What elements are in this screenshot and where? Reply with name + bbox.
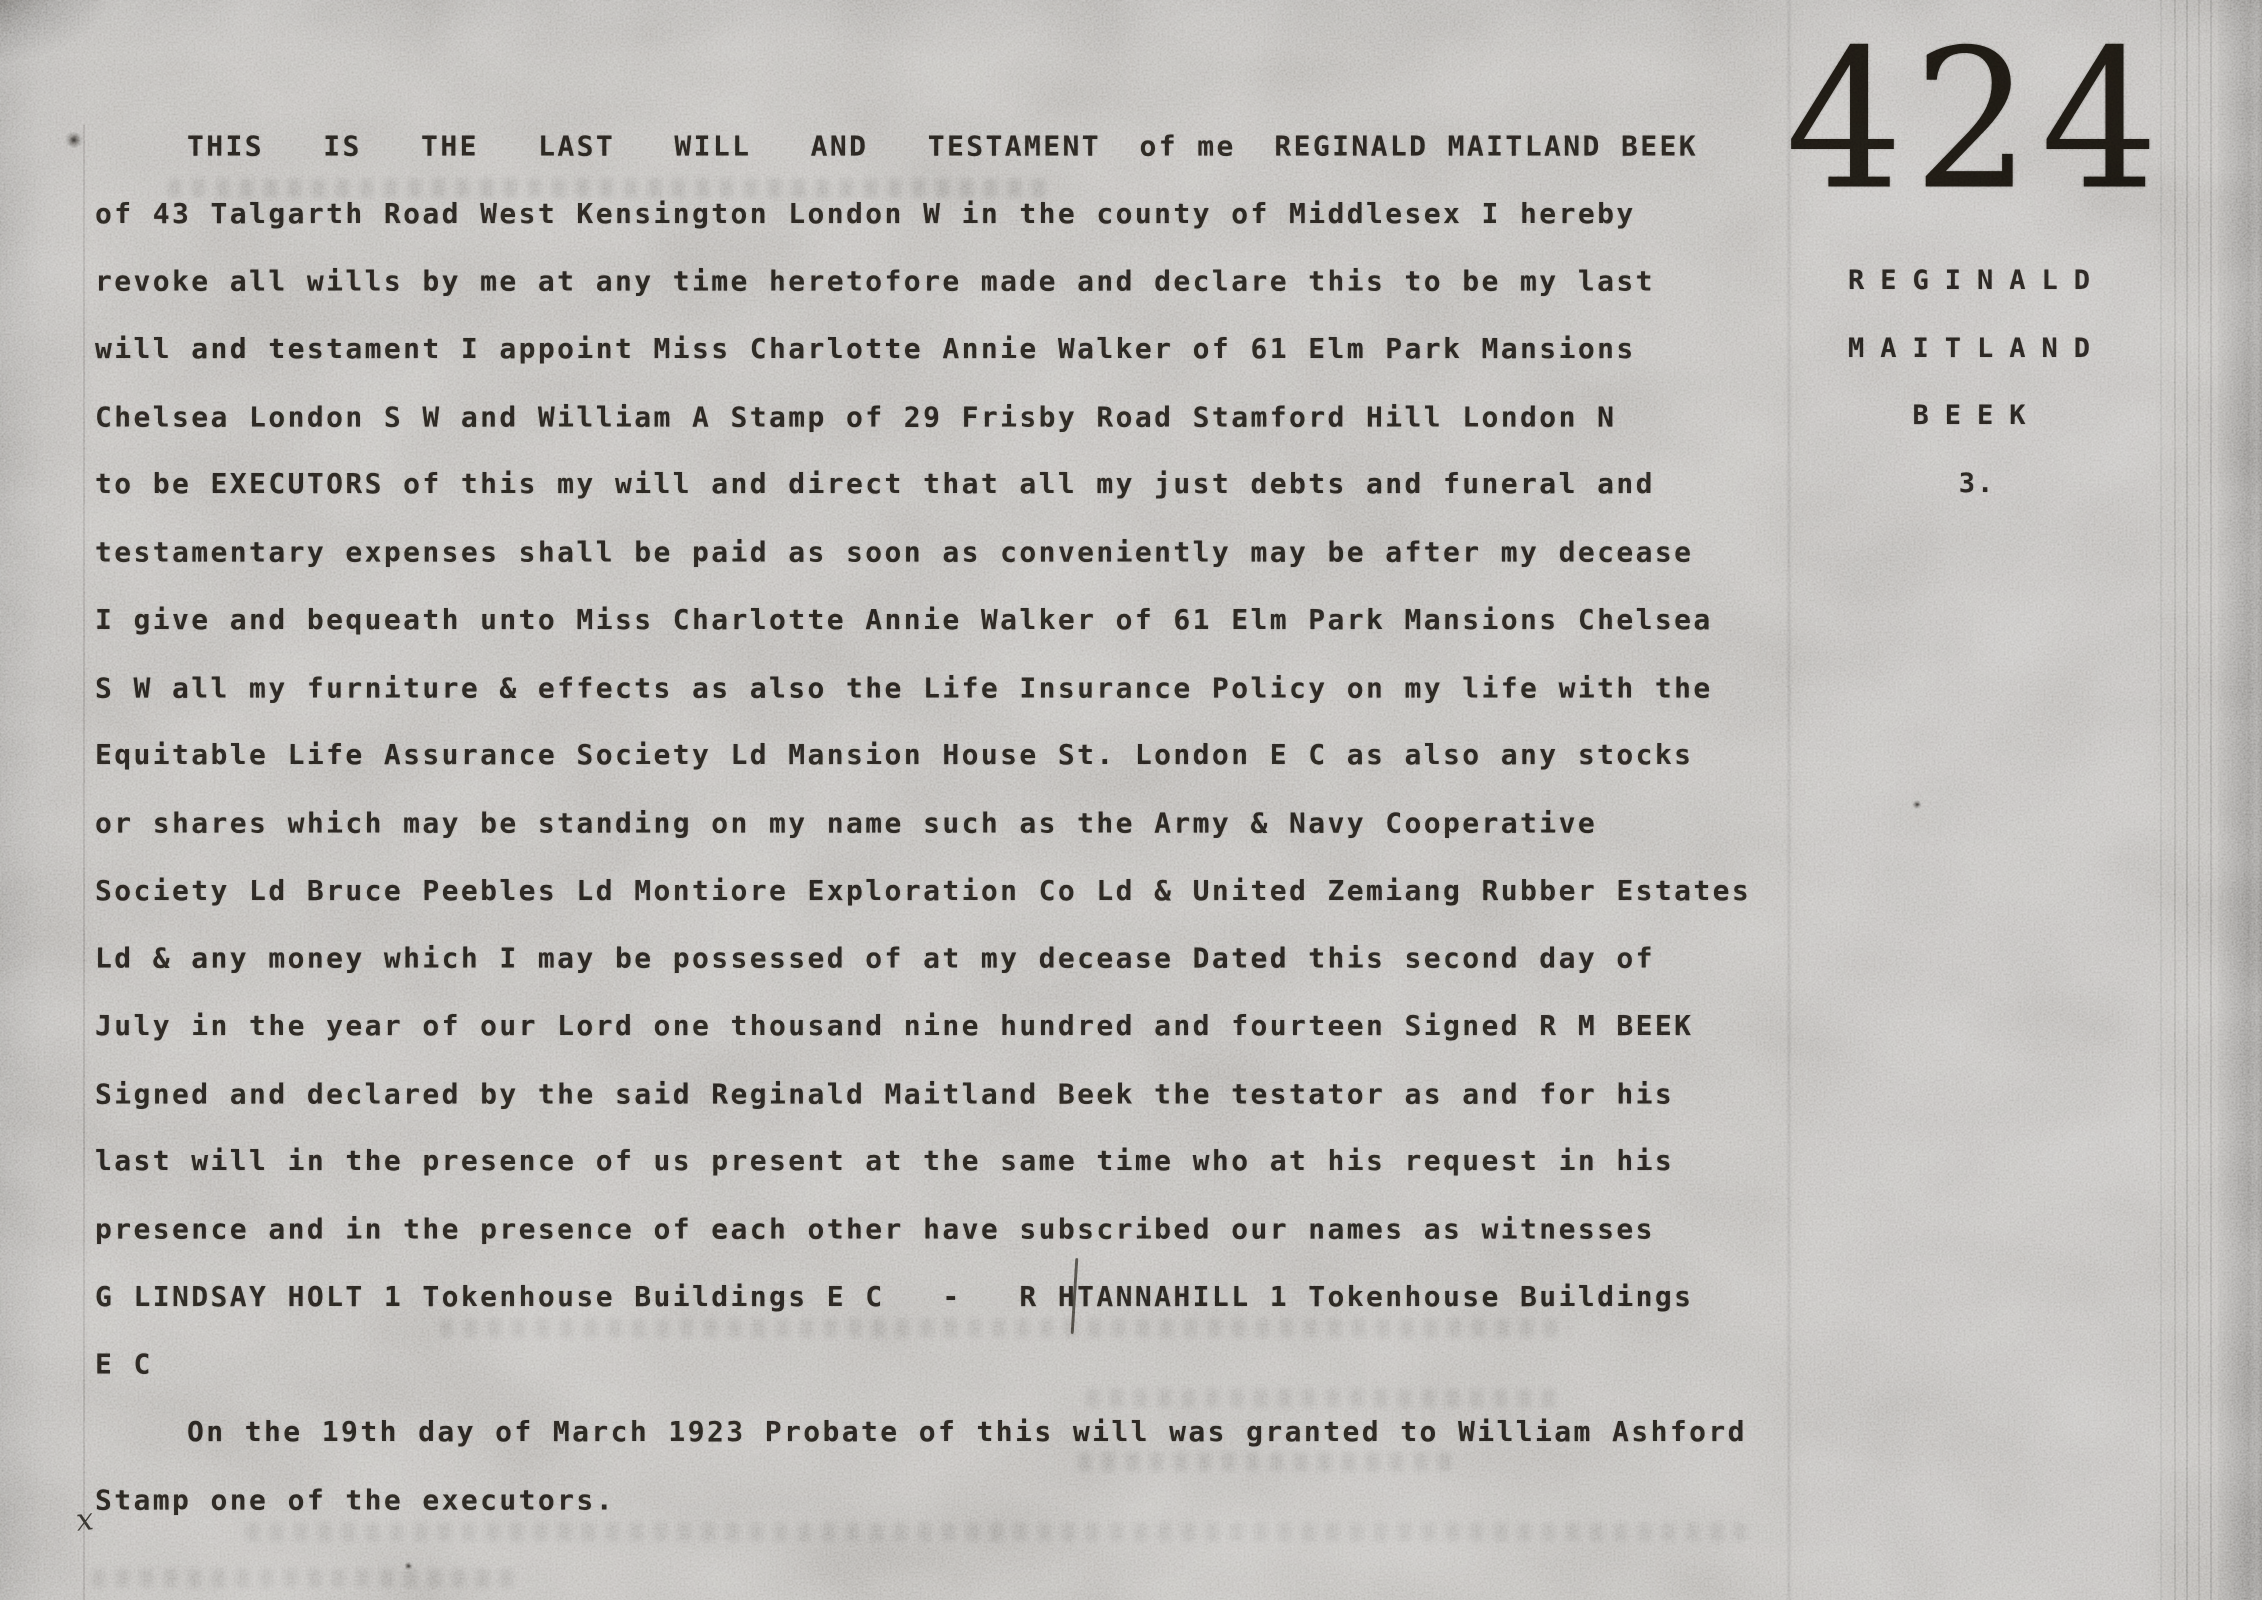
left-margin-rule [83,125,85,1600]
margin-folio-number: 3. [1782,450,2172,518]
will-text-line: I give and bequeath unto Miss Charlotte … [95,586,1815,654]
ink-spot [1912,800,1922,809]
center-crease [1786,0,1792,1600]
will-text-line: Stamp one of the executors. [95,1466,1815,1534]
will-text-line: G LINDSAY HOLT 1 Tokenhouse Buildings E … [95,1263,1815,1331]
fold-line [2210,0,2212,1600]
will-text-line: presence and in the presence of each oth… [95,1196,1815,1264]
margin-annotations: 424 REGINALD MAITLAND BEEK 3. [1782,28,2172,518]
bleedthrough-text-ghost [92,1569,522,1587]
page-number: 424 [1782,24,2172,216]
margin-name-line: BEEK [1782,382,2172,450]
ink-spot [404,1562,413,1570]
will-text-line: Ld & any money which I may be possessed … [95,925,1815,993]
fold-line [2160,0,2162,1600]
will-text-line: Society Ld Bruce Peebles Ld Montiore Exp… [95,857,1815,925]
fold-line [2186,0,2188,1600]
fold-line [2174,0,2176,1600]
margin-name-line: MAITLAND [1782,315,2172,383]
will-text-line: Signed and declared by the said Reginald… [95,1060,1815,1128]
fold-line [2198,0,2200,1600]
will-text-line: of 43 Talgarth Road West Kensington Lond… [95,180,1815,248]
testator-name-margin: REGINALD MAITLAND BEEK 3. [1782,247,2172,518]
will-text-line: THIS IS THE LAST WILL AND TESTAMENT of m… [95,113,1815,181]
page-right-edge [2218,0,2262,1600]
will-text-line: or shares which may be standing on my na… [95,789,1815,857]
will-text-line: to be EXECUTORS of this my will and dire… [95,450,1815,518]
will-text-line: Equitable Life Assurance Society Ld Mans… [95,721,1815,789]
will-text-line: revoke all wills by me at any time heret… [95,248,1815,316]
will-text-line: testamentary expenses shall be paid as s… [95,519,1815,587]
document-page: THIS IS THE LAST WILL AND TESTAMENT of m… [0,0,2262,1600]
ink-spot [64,132,84,148]
will-text-line: July in the year of our Lord one thousan… [95,992,1815,1060]
will-text: THIS IS THE LAST WILL AND TESTAMENT of m… [95,112,1815,1533]
will-text-line: On the 19th day of March 1923 Probate of… [95,1398,1815,1466]
will-text-line: E C [95,1331,1815,1399]
will-text-line: Chelsea London S W and William A Stamp o… [95,383,1815,451]
will-text-line: last will in the presence of us present … [95,1127,1815,1195]
will-text-line: S W all my furniture & effects as also t… [95,654,1815,722]
margin-name-line: REGINALD [1782,247,2172,315]
will-text-line: will and testament I appoint Miss Charlo… [95,315,1815,383]
